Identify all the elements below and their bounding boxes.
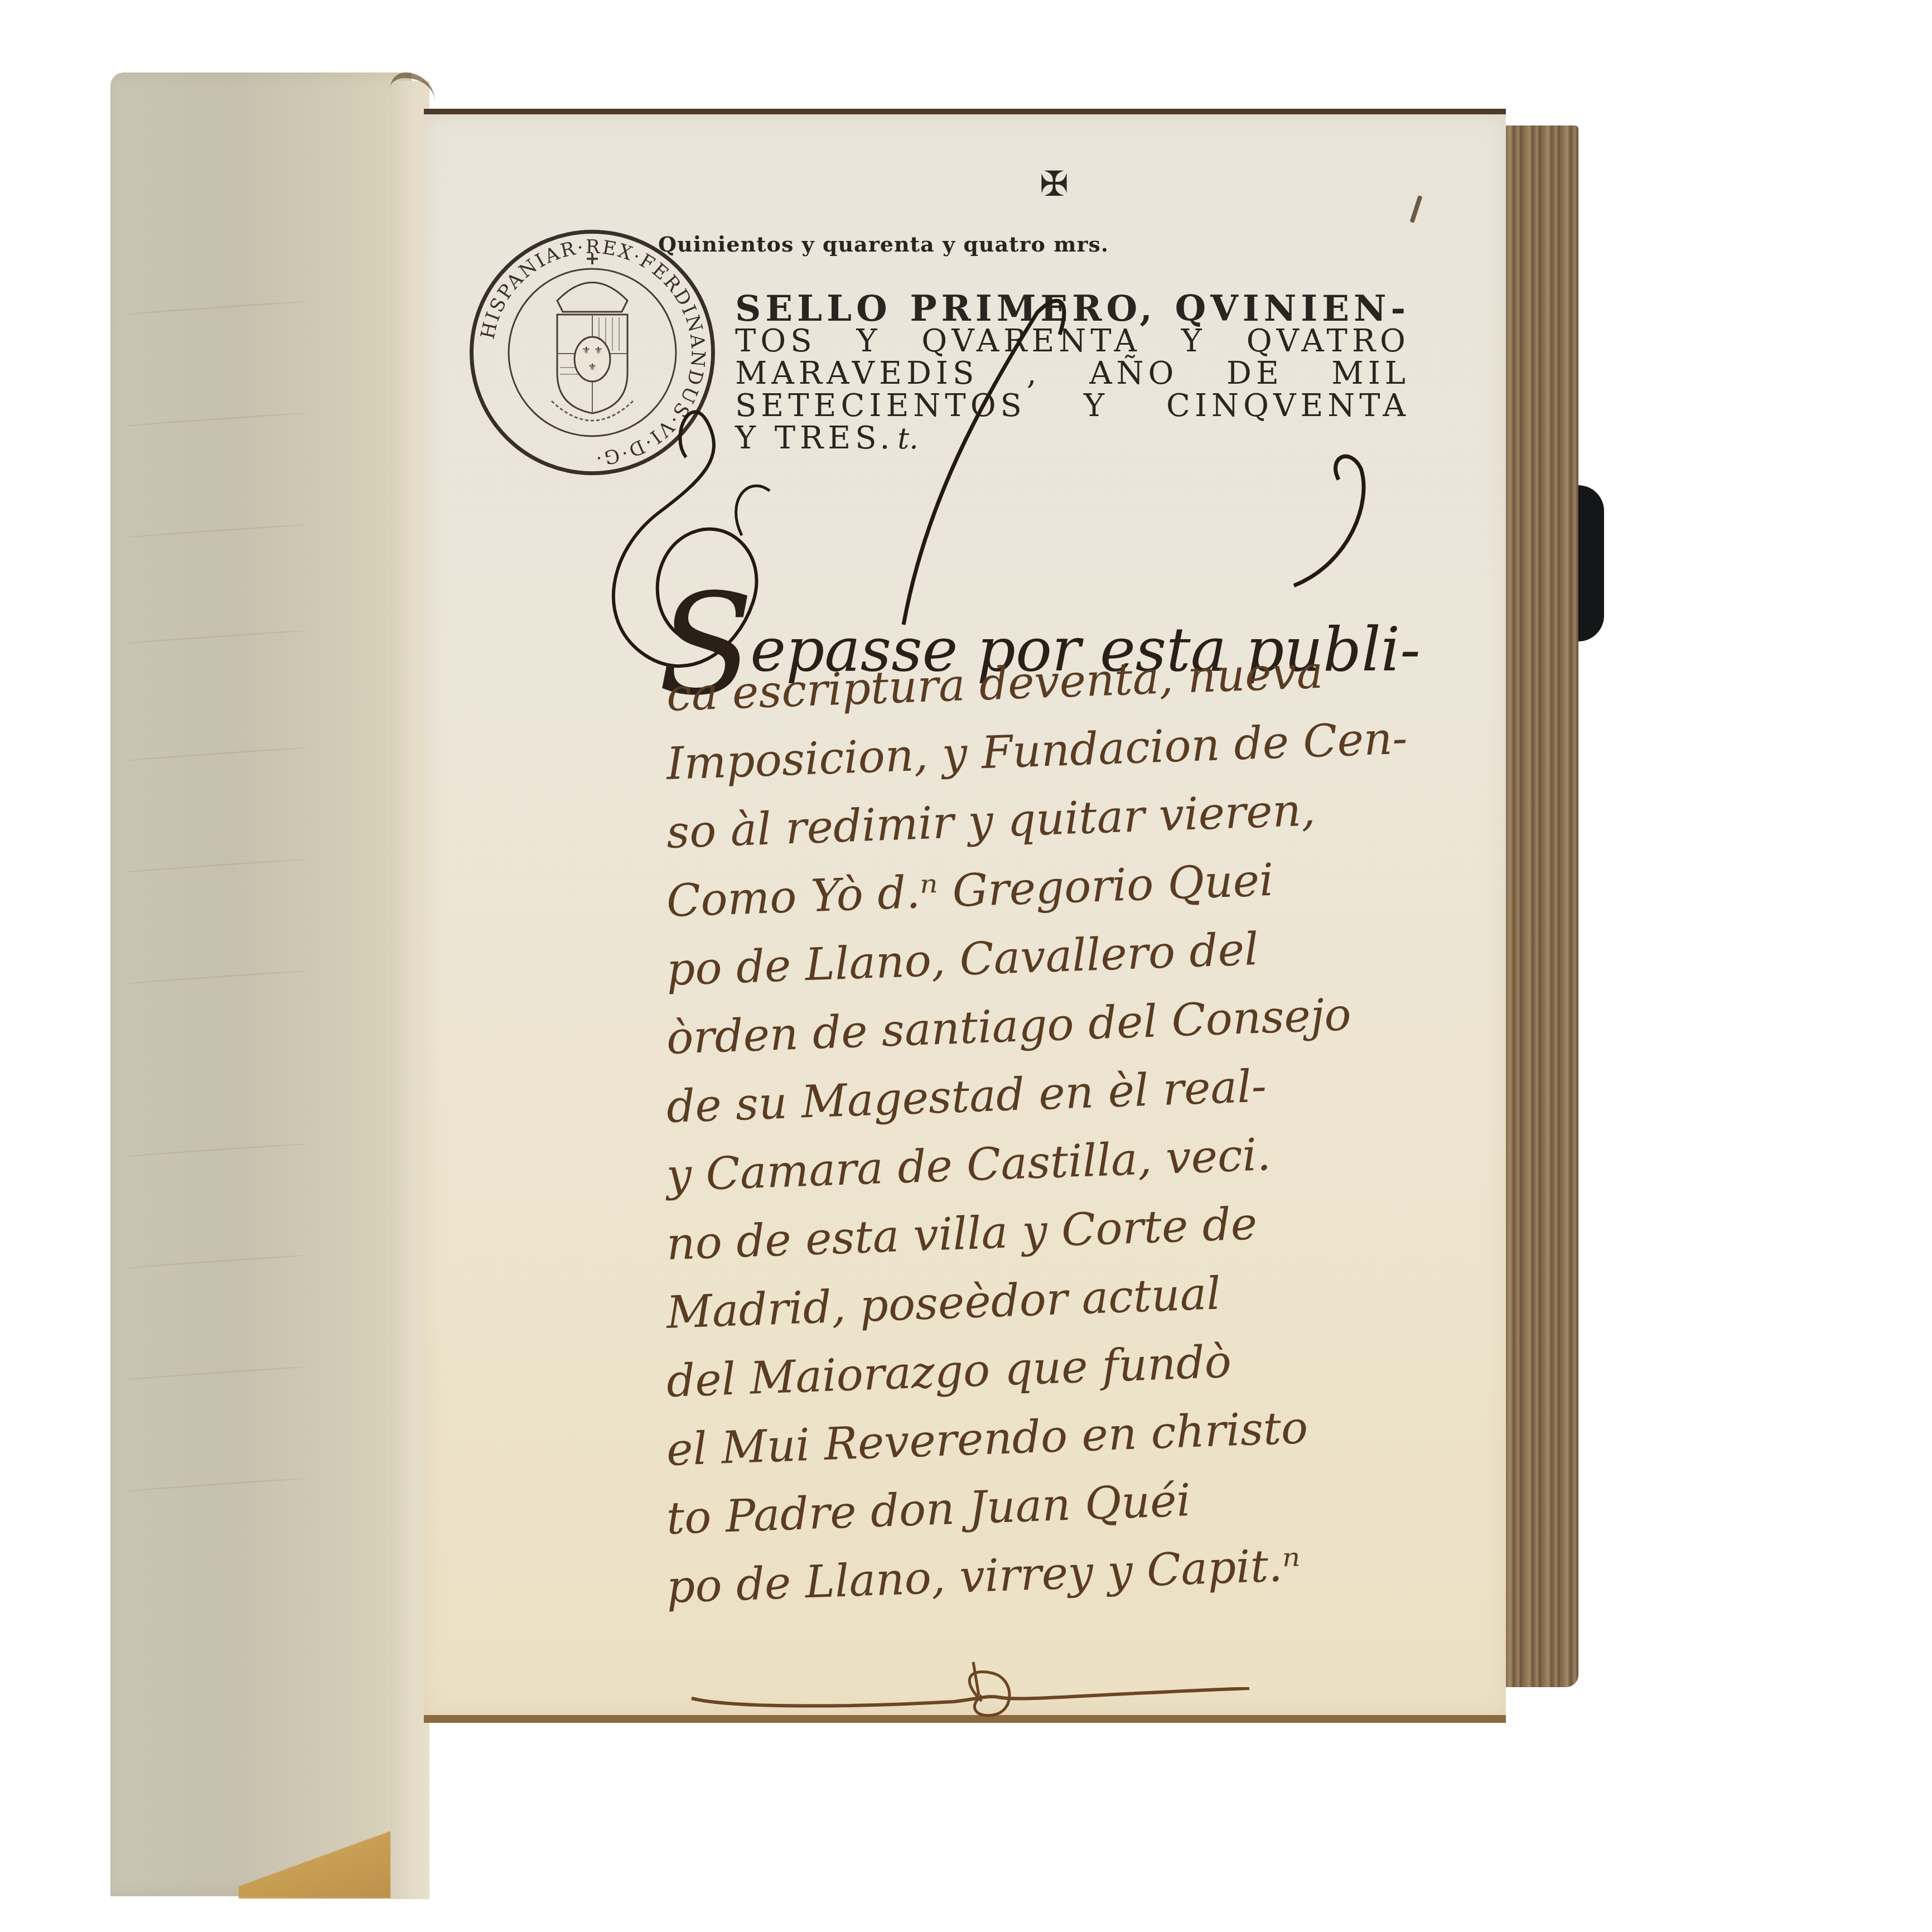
svg-text:⚜ ⚜: ⚜ ⚜ [582,345,603,356]
sello-line: SETECIENTOS Y CINQVENTA [735,390,1410,422]
cross-icon: ✠ [1037,167,1071,201]
ink-bleed-through [127,524,306,539]
rubric-flourish-icon [686,1687,1260,1709]
sello-line: TOS Y QVARENTA Y QVATRO [735,325,1410,358]
ink-bleed-through [127,1477,306,1493]
ink-bleed-through [127,412,306,428]
open-book: ✠ Quinientos y quarenta y quatro mrs. HI… [0,0,1932,1932]
ink-bleed-through [127,858,306,874]
royal-seal-stamp: HISPANIAR·REX·FERDINANDUS·VI·D·G· ⚜ ⚜ ⚜ [470,230,715,475]
royal-arms-icon: HISPANIAR·REX·FERDINANDUS·VI·D·G· ⚜ ⚜ ⚜ [474,234,711,471]
sello-tail-mark: t. [897,422,918,456]
sello-primero-header: SELLO PRIMERO, QVINIEN- TOS Y QVARENTA Y… [735,293,1410,455]
left-facing-page [110,73,412,1896]
ink-bleed-through [127,301,306,316]
sello-line: Y TRES. [735,420,894,456]
sello-line: MARAVEDIS , AÑO DE MIL [735,358,1410,390]
ink-bleed-through [127,1143,306,1158]
sello-line: SELLO PRIMERO, QVINIEN- [735,293,1410,325]
ink-bleed-through [127,1366,306,1382]
ink-bleed-through [127,1254,306,1270]
sello-line-last: Y TRES.t. [735,422,1410,455]
ink-bleed-through [127,747,306,762]
ink-bleed-through [127,970,306,986]
svg-text:⚜: ⚜ [588,361,597,373]
binding-clasp [1578,485,1604,641]
ink-bleed-through [127,630,306,645]
printed-stamp-value: Quinientos y quarenta y quatro mrs. [658,231,1327,257]
manuscript-body: ca escriptura deventa, nueva Imposicion,… [666,661,1325,1621]
